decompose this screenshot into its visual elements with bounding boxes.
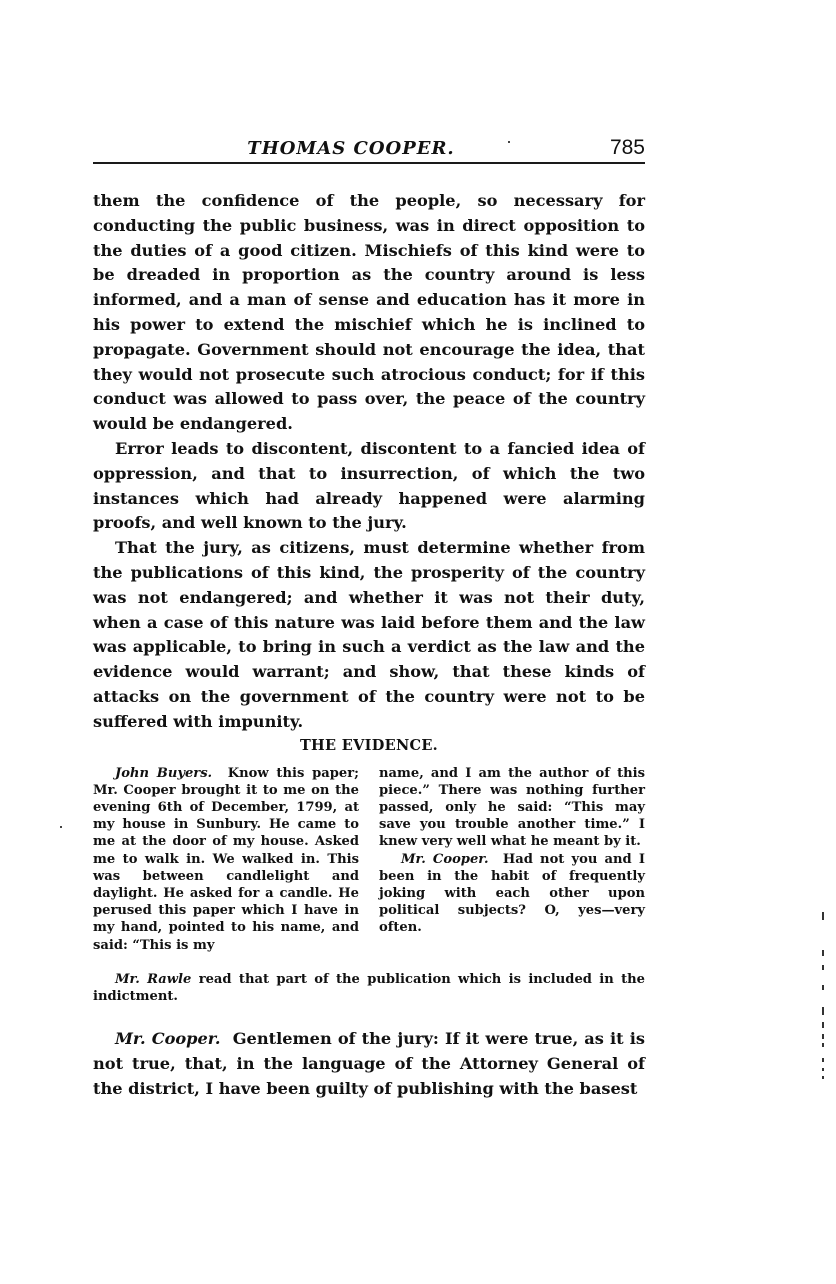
scan-artifact (822, 1007, 824, 1015)
scan-artifact (822, 985, 824, 990)
running-title: THOMAS COOPER. (93, 138, 645, 159)
paragraph-jury-citizens: That the jury, as citizens, must determi… (93, 536, 645, 734)
speaker-name: Mr. Cooper. (115, 1029, 220, 1048)
page-number: 785 (610, 136, 645, 160)
book-page: THOMAS COOPER. 785 them the confidence o… (93, 132, 645, 1102)
testimony-text: Know this paper; Mr. Cooper brought it t… (93, 766, 359, 953)
testimony-continuation: name, and I am the author of this piece.… (379, 765, 645, 851)
cooper-address: Mr. Cooper. Gentlemen of the jury: If it… (93, 1027, 645, 1101)
evidence-right-column: name, and I am the author of this piece.… (379, 765, 645, 954)
scan-artifact (822, 1034, 824, 1039)
scan-artifact (822, 1076, 824, 1079)
scan-artifact (822, 1058, 824, 1062)
testimony-buyers: John Buyers. Know this paper; Mr. Cooper… (93, 765, 359, 954)
speaker-name: John Buyers. (115, 766, 212, 781)
scan-artifact (822, 912, 824, 920)
scan-artifact (822, 1068, 824, 1071)
scan-artifact (508, 141, 510, 143)
running-head: THOMAS COOPER. 785 (93, 132, 645, 164)
scan-artifact (60, 826, 62, 828)
scan-artifact (822, 965, 824, 970)
speaker-name: Mr. Cooper. (401, 852, 489, 867)
paragraph-continuation: them the confidence of the people, so ne… (93, 189, 645, 437)
speaker-name: Mr. Rawle (115, 972, 191, 987)
question-cooper: Mr. Cooper. Had not you and I been in th… (379, 851, 645, 937)
scan-artifact (822, 1043, 824, 1047)
paragraph-error-leads: Error leads to discontent, discontent to… (93, 437, 645, 536)
scan-artifact (822, 1022, 824, 1028)
rawle-note: Mr. Rawle read that part of the publicat… (93, 971, 645, 1005)
main-text: them the confidence of the people, so ne… (93, 189, 645, 735)
section-heading-evidence: THE EVIDENCE. (93, 735, 645, 757)
scan-artifact (822, 950, 824, 956)
evidence-columns: John Buyers. Know this paper; Mr. Cooper… (93, 765, 645, 954)
evidence-left-column: John Buyers. Know this paper; Mr. Cooper… (93, 765, 359, 954)
